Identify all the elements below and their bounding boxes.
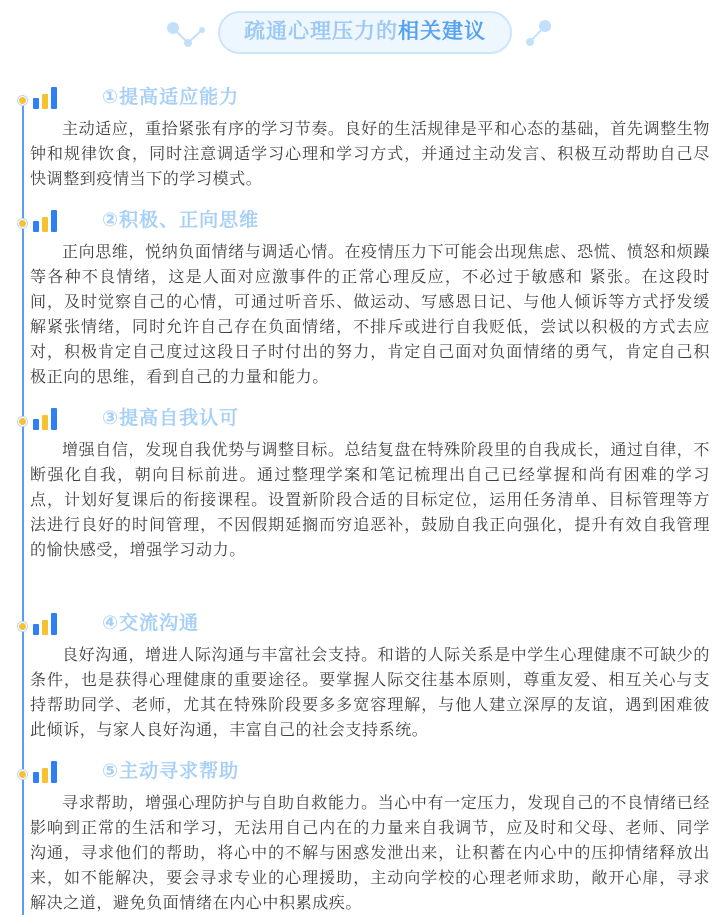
section-header: ④交流沟通: [33, 612, 724, 635]
page-title-emphasis: 相关建议: [398, 19, 486, 43]
section-heading: ④交流沟通: [102, 612, 199, 635]
article-page: 疏通心理压力的相关建议 ①提高适应能力 主动适应，重拾紧张有序的学习节奏。良好的…: [0, 0, 724, 915]
bar-chart-icon: [33, 613, 57, 635]
timeline-dot-icon: [18, 417, 27, 426]
section-heading: ②积极、正向思维: [102, 209, 259, 232]
section-communication: ④交流沟通 良好沟通，增进人际沟通与丰富社会支持。和谐的人际关系是中学生心理健康…: [0, 612, 724, 742]
timeline-dot-icon: [18, 96, 27, 105]
molecule-dots-icon: [164, 12, 208, 54]
page-title: 疏通心理压力的相关建议: [218, 11, 512, 54]
sections-container: ①提高适应能力 主动适应，重拾紧张有序的学习节奏。良好的生活规律是平和心态的基础…: [0, 52, 724, 915]
bar-chart-icon: [33, 87, 57, 109]
section-header: ③提高自我认可: [33, 407, 724, 430]
section-positive-thinking: ②积极、正向思维 正向思维，悦纳负面情绪与调适心情。在疫情压力下可能会出现焦虑、…: [0, 209, 724, 389]
bar-chart-icon: [33, 210, 57, 232]
page-title-prefix: 疏通心理压力的: [244, 19, 398, 43]
section-body: 增强自信，发现自我优势与调整目标。总结复盘在特殊阶段里的自我成长，通过自律，不断…: [30, 437, 710, 562]
section-header: ②积极、正向思维: [33, 209, 724, 232]
section-heading: ⑤主动寻求帮助: [102, 760, 239, 783]
section-body: 正向思维，悦纳负面情绪与调适心情。在疫情压力下可能会出现焦虑、恐慌、愤怒和烦躁等…: [30, 239, 710, 389]
title-row: 疏通心理压力的相关建议: [0, 0, 724, 52]
timeline-dot-icon: [18, 622, 27, 631]
section-adaptability: ①提高适应能力 主动适应，重拾紧张有序的学习节奏。良好的生活规律是平和心态的基础…: [0, 86, 724, 191]
section-heading: ③提高自我认可: [102, 407, 239, 430]
section-body: 良好沟通，增进人际沟通与丰富社会支持。和谐的人际关系是中学生心理健康不可缺少的条…: [30, 642, 710, 742]
section-header: ⑤主动寻求帮助: [33, 760, 724, 783]
timeline-dot-icon: [18, 770, 27, 779]
section-header: ①提高适应能力: [33, 86, 724, 109]
timeline-dot-icon: [18, 219, 27, 228]
section-seek-help: ⑤主动寻求帮助 寻求帮助，增强心理防护与自助自救能力。当心中有一定压力，发现自己…: [0, 760, 724, 915]
molecule-dots-icon: [522, 12, 560, 54]
section-heading: ①提高适应能力: [102, 86, 239, 109]
section-body: 寻求帮助，增强心理防护与自助自救能力。当心中有一定压力，发现自己的不良情绪已经影…: [30, 790, 710, 915]
section-body: 主动适应，重拾紧张有序的学习节奏。良好的生活规律是平和心态的基础，首先调整生物钟…: [30, 116, 710, 191]
bar-chart-icon: [33, 761, 57, 783]
section-self-recognition: ③提高自我认可 增强自信，发现自我优势与调整目标。总结复盘在特殊阶段里的自我成长…: [0, 407, 724, 562]
bar-chart-icon: [33, 408, 57, 430]
